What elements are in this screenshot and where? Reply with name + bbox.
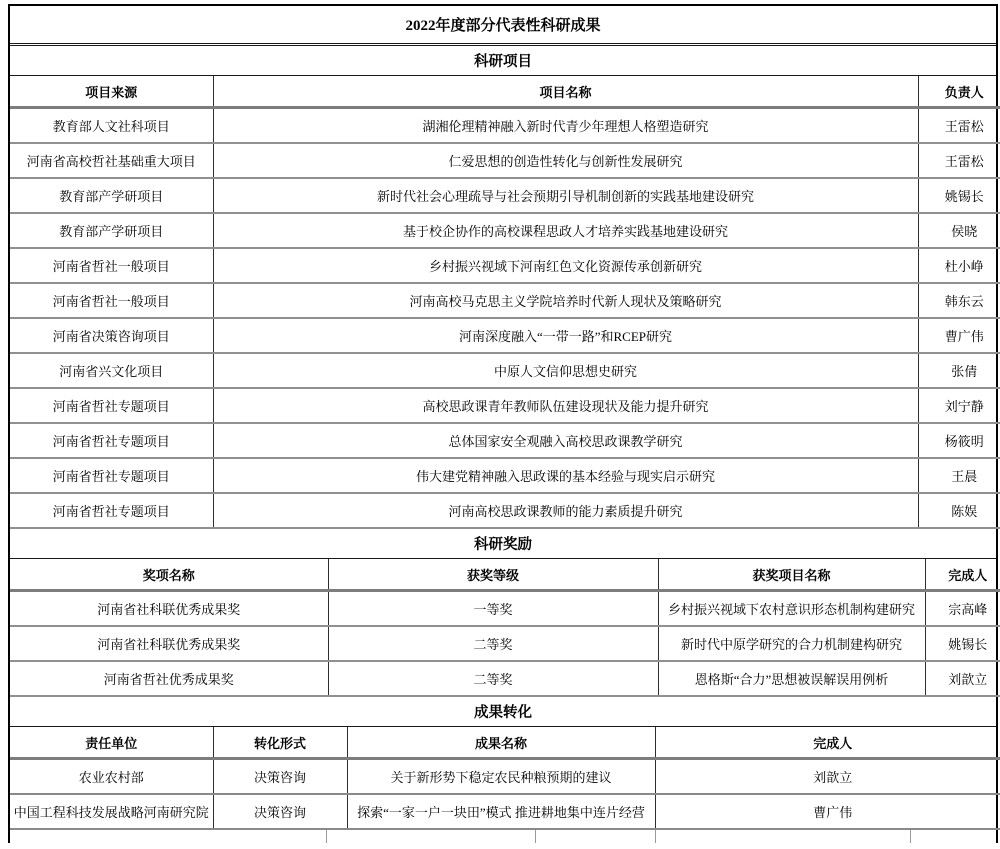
- table-row: 河南省哲社一般项目 河南高校马克思主义学院培养时代新人现状及策略研究 韩东云: [10, 283, 1000, 318]
- cell-unit: 农业农村部: [10, 759, 213, 795]
- cell-award-completer: 宗高峰: [925, 591, 1000, 627]
- transfers-header-row: 责任单位 转化形式 成果名称 完成人: [10, 727, 1000, 759]
- section-title-awards: 科研奖励: [10, 529, 996, 559]
- table-row: 河南省哲社专题项目 总体国家安全观融入高校思政课教学研究 杨筱明: [10, 423, 1000, 458]
- table-row: 河南省高校哲社基础重大项目 仁爱思想的创造性转化与创新性发展研究 王雷松: [10, 143, 1000, 178]
- table-row: 教育部人文社科项目 湖湘伦理精神融入新时代青少年理想人格塑造研究 王雷松: [10, 108, 1000, 144]
- col-header-award-project: 获奖项目名称: [658, 559, 925, 591]
- partial-row-cell: [10, 830, 327, 843]
- cell-leader: 韩东云: [918, 283, 1000, 318]
- cell-leader: 刘宁静: [918, 388, 1000, 423]
- cell-award-name: 河南省社科联优秀成果奖: [10, 626, 328, 661]
- partial-row-cell: [536, 830, 656, 843]
- cell-award-level: 二等奖: [328, 626, 658, 661]
- cell-award-project: 乡村振兴视域下农村意识形态机制构建研究: [658, 591, 925, 627]
- cell-award-level: 二等奖: [328, 661, 658, 696]
- cell-name: 中原人文信仰思想史研究: [213, 353, 918, 388]
- cell-leader: 侯晓: [918, 213, 1000, 248]
- section-title-projects: 科研项目: [10, 46, 996, 76]
- cell-source: 河南省哲社专题项目: [10, 423, 213, 458]
- cell-name: 基于校企协作的高校课程思政人才培养实践基地建设研究: [213, 213, 918, 248]
- cell-transfer-completer: 曹广伟: [655, 794, 1000, 829]
- cell-name: 仁爱思想的创造性转化与创新性发展研究: [213, 143, 918, 178]
- cell-source: 河南省哲社专题项目: [10, 458, 213, 493]
- cell-source: 河南省高校哲社基础重大项目: [10, 143, 213, 178]
- col-header-result-name: 成果名称: [347, 727, 655, 759]
- projects-table: 项目来源 项目名称 负责人 教育部人文社科项目 湖湘伦理精神融入新时代青少年理想…: [10, 76, 1000, 529]
- page-title: 2022年度部分代表性科研成果: [10, 6, 996, 46]
- partial-bottom-row: [10, 830, 996, 843]
- col-header-award-completer: 完成人: [925, 559, 1000, 591]
- cell-award-name: 河南省社科联优秀成果奖: [10, 591, 328, 627]
- cell-source: 河南省哲社专题项目: [10, 493, 213, 528]
- awards-header-row: 奖项名称 获奖等级 获奖项目名称 完成人: [10, 559, 1000, 591]
- col-header-transfer-completer: 完成人: [655, 727, 1000, 759]
- table-row: 河南省社科联优秀成果奖 一等奖 乡村振兴视域下农村意识形态机制构建研究 宗高峰: [10, 591, 1000, 627]
- cell-leader: 杜小峥: [918, 248, 1000, 283]
- cell-transfer-form: 决策咨询: [213, 759, 347, 795]
- cell-name: 乡村振兴视域下河南红色文化资源传承创新研究: [213, 248, 918, 283]
- cell-transfer-completer: 刘歆立: [655, 759, 1000, 795]
- table-row: 教育部产学研项目 基于校企协作的高校课程思政人才培养实践基地建设研究 侯晓: [10, 213, 1000, 248]
- table-row: 农业农村部 决策咨询 关于新形势下稳定农民种粮预期的建议 刘歆立: [10, 759, 1000, 795]
- cell-leader: 王晨: [918, 458, 1000, 493]
- cell-award-level: 一等奖: [328, 591, 658, 627]
- cell-unit: 中国工程科技发展战略河南研究院: [10, 794, 213, 829]
- cell-name: 河南深度融入“一带一路”和RCEP研究: [213, 318, 918, 353]
- cell-name: 河南高校思政课教师的能力素质提升研究: [213, 493, 918, 528]
- partial-row-cell: [911, 830, 996, 843]
- partial-row-cell: [327, 830, 536, 843]
- table-row: 河南省决策咨询项目 河南深度融入“一带一路”和RCEP研究 曹广伟: [10, 318, 1000, 353]
- cell-award-completer: 刘歆立: [925, 661, 1000, 696]
- cell-source: 河南省哲社专题项目: [10, 388, 213, 423]
- cell-award-project: 恩格斯“合力”思想被误解误用例析: [658, 661, 925, 696]
- projects-header-row: 项目来源 项目名称 负责人: [10, 76, 1000, 108]
- cell-source: 河南省决策咨询项目: [10, 318, 213, 353]
- col-header-project-name: 项目名称: [213, 76, 918, 108]
- table-row: 河南省社科联优秀成果奖 二等奖 新时代中原学研究的合力机制建构研究 姚锡长: [10, 626, 1000, 661]
- table-row: 河南省哲社专题项目 河南高校思政课教师的能力素质提升研究 陈娱: [10, 493, 1000, 528]
- cell-award-name: 河南省哲社优秀成果奖: [10, 661, 328, 696]
- partial-row-cell: [656, 830, 911, 843]
- cell-leader: 姚锡长: [918, 178, 1000, 213]
- cell-source: 教育部产学研项目: [10, 178, 213, 213]
- cell-source: 河南省哲社一般项目: [10, 283, 213, 318]
- cell-name: 伟大建党精神融入思政课的基本经验与现实启示研究: [213, 458, 918, 493]
- col-header-transfer-form: 转化形式: [213, 727, 347, 759]
- cell-leader: 陈娱: [918, 493, 1000, 528]
- col-header-project-source: 项目来源: [10, 76, 213, 108]
- cell-name: 新时代社会心理疏导与社会预期引导机制创新的实践基地建设研究: [213, 178, 918, 213]
- research-results-table: 2022年度部分代表性科研成果 科研项目 项目来源 项目名称 负责人 教育部人文…: [8, 4, 998, 843]
- cell-source: 河南省哲社一般项目: [10, 248, 213, 283]
- col-header-unit: 责任单位: [10, 727, 213, 759]
- awards-table: 奖项名称 获奖等级 获奖项目名称 完成人 河南省社科联优秀成果奖 一等奖 乡村振…: [10, 559, 1000, 697]
- table-row: 河南省哲社一般项目 乡村振兴视域下河南红色文化资源传承创新研究 杜小峥: [10, 248, 1000, 283]
- cell-name: 高校思政课青年教师队伍建设现状及能力提升研究: [213, 388, 918, 423]
- cell-leader: 张倩: [918, 353, 1000, 388]
- cell-source: 教育部人文社科项目: [10, 108, 213, 144]
- table-row: 中国工程科技发展战略河南研究院 决策咨询 探索“一家一户一块田”模式 推进耕地集…: [10, 794, 1000, 829]
- cell-source: 教育部产学研项目: [10, 213, 213, 248]
- cell-leader: 王雷松: [918, 143, 1000, 178]
- table-row: 教育部产学研项目 新时代社会心理疏导与社会预期引导机制创新的实践基地建设研究 姚…: [10, 178, 1000, 213]
- transfers-table: 责任单位 转化形式 成果名称 完成人 农业农村部 决策咨询 关于新形势下稳定农民…: [10, 727, 1000, 830]
- col-header-award-name: 奖项名称: [10, 559, 328, 591]
- table-row: 河南省哲社专题项目 高校思政课青年教师队伍建设现状及能力提升研究 刘宁静: [10, 388, 1000, 423]
- cell-award-completer: 姚锡长: [925, 626, 1000, 661]
- cell-name: 河南高校马克思主义学院培养时代新人现状及策略研究: [213, 283, 918, 318]
- cell-name: 总体国家安全观融入高校思政课教学研究: [213, 423, 918, 458]
- table-row: 河南省兴文化项目 中原人文信仰思想史研究 张倩: [10, 353, 1000, 388]
- cell-leader: 曹广伟: [918, 318, 1000, 353]
- cell-leader: 王雷松: [918, 108, 1000, 144]
- cell-result-name: 关于新形势下稳定农民种粮预期的建议: [347, 759, 655, 795]
- table-row: 河南省哲社优秀成果奖 二等奖 恩格斯“合力”思想被误解误用例析 刘歆立: [10, 661, 1000, 696]
- table-row: 河南省哲社专题项目 伟大建党精神融入思政课的基本经验与现实启示研究 王晨: [10, 458, 1000, 493]
- cell-transfer-form: 决策咨询: [213, 794, 347, 829]
- section-title-transfers: 成果转化: [10, 697, 996, 727]
- col-header-project-leader: 负责人: [918, 76, 1000, 108]
- cell-leader: 杨筱明: [918, 423, 1000, 458]
- col-header-award-level: 获奖等级: [328, 559, 658, 591]
- cell-award-project: 新时代中原学研究的合力机制建构研究: [658, 626, 925, 661]
- cell-source: 河南省兴文化项目: [10, 353, 213, 388]
- cell-result-name: 探索“一家一户一块田”模式 推进耕地集中连片经营: [347, 794, 655, 829]
- cell-name: 湖湘伦理精神融入新时代青少年理想人格塑造研究: [213, 108, 918, 144]
